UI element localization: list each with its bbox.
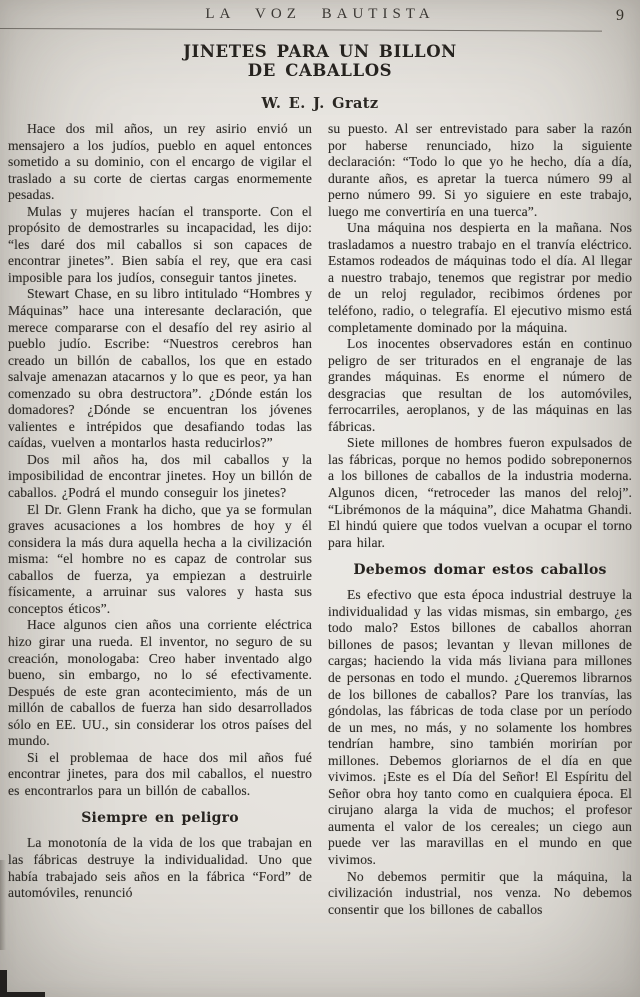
article-title-line1: JINETES PARA UN BILLON — [183, 42, 457, 61]
header-rule — [0, 28, 602, 32]
article-header: JINETES PARA UN BILLON DE CABALLOS W. E.… — [0, 42, 640, 112]
paragraph: Los inocentes observadores están en cont… — [328, 336, 632, 435]
paragraph: Hace dos mil años, un rey asirio envió u… — [8, 121, 312, 204]
paragraph: Dos mil años ha, dos mil caballos y la i… — [8, 452, 312, 502]
paragraph: Si el problemaa de hace dos mil años fué… — [8, 750, 312, 800]
right-column: su puesto. Al ser entrevistado para sabe… — [328, 121, 632, 997]
paragraph: Hace algunos cien años una corriente elé… — [8, 617, 312, 749]
masthead-title: LA VOZ BAUTISTA — [0, 6, 640, 23]
left-column: Hace dos mil años, un rey asirio envió u… — [8, 121, 312, 997]
paragraph: Una máquina nos despierta en la mañana. … — [328, 220, 632, 336]
paragraph: Mulas y mujeres hacían el transporte. Co… — [8, 204, 312, 287]
scan-edge-smudge — [0, 860, 6, 950]
paragraph: Es efectivo que esta época industrial de… — [328, 587, 632, 868]
page-number: 9 — [616, 7, 624, 25]
magazine-page-scan: LA VOZ BAUTISTA 9 JINETES PARA UN BILLON… — [0, 0, 640, 997]
article-title: JINETES PARA UN BILLON DE CABALLOS — [0, 42, 640, 80]
section-subhead-debemos-domar: Debemos domar estos caballos — [328, 562, 632, 578]
paragraph: No debemos permitir que la máquina, la c… — [328, 869, 632, 919]
paragraph-continuation: su puesto. Al ser entrevistado para sabe… — [328, 121, 632, 220]
paragraph: Stewart Chase, en su libro intitulado “H… — [8, 286, 312, 451]
section-subhead-siempre-en-peligro: Siempre en peligro — [8, 810, 312, 826]
article-body: Hace dos mil años, un rey asirio envió u… — [8, 121, 632, 997]
article-title-line2: DE CABALLOS — [248, 61, 392, 80]
paragraph: El Dr. Glenn Frank ha dicho, que ya se f… — [8, 502, 312, 618]
paragraph: Siete millones de hombres fueron expulsa… — [328, 435, 632, 551]
paragraph: La monotonía de la vida de los que traba… — [8, 835, 312, 901]
article-author: W. E. J. Gratz — [0, 95, 640, 112]
